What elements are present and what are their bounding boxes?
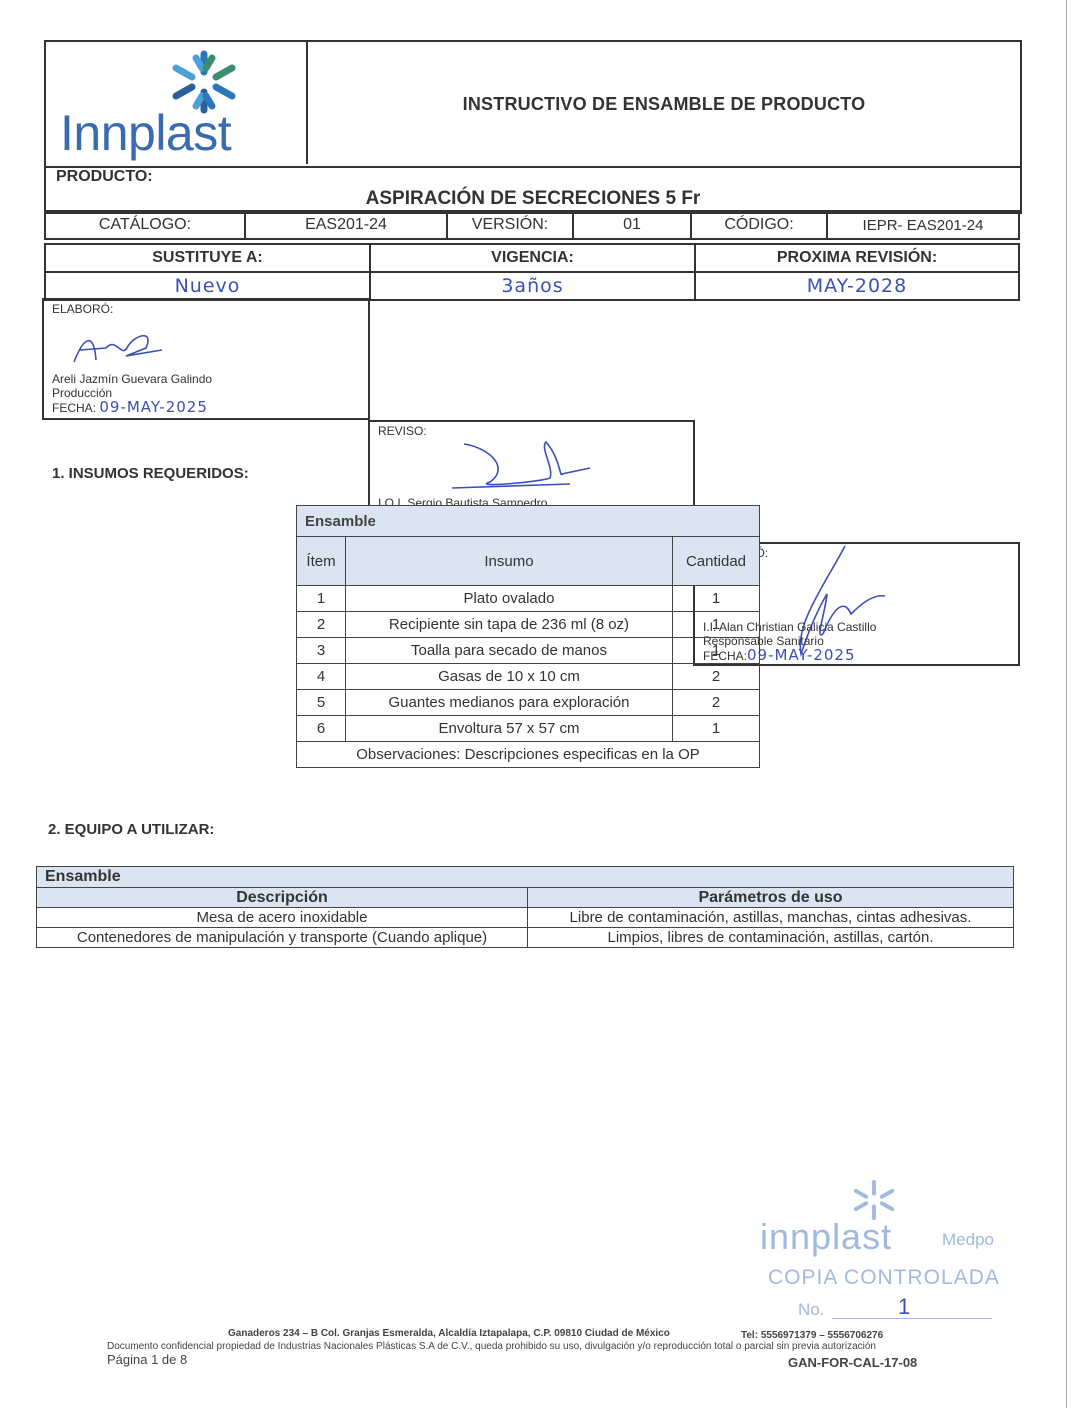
- catalog-row: CATÁLOGO: EAS201-24 VERSIÓN: 01 CÓDIGO: …: [44, 210, 1020, 240]
- replaces-label: SUSTITUYE A:: [45, 244, 370, 272]
- validity-label: VIGENCIA:: [370, 244, 695, 272]
- page-edge-line: [1066, 0, 1067, 1408]
- table-row: Contenedores de manipulación y transport…: [37, 928, 1014, 948]
- document-title: INSTRUCTIVO DE ENSAMBLE DE PRODUCTO: [306, 40, 1022, 168]
- insumo-cell: Guantes medianos para exploración: [346, 690, 673, 716]
- footer-address: Ganaderos 234 – B Col. Granjas Esmeralda…: [228, 1328, 670, 1339]
- cantidad-cell: 1: [673, 716, 760, 742]
- table-row: 4Gasas de 10 x 10 cm2: [297, 664, 760, 690]
- item-cell: 5: [297, 690, 346, 716]
- signature-scribble-icon: [450, 438, 600, 494]
- version-label: VERSIÓN:: [447, 211, 573, 239]
- table-row: 6Envoltura 57 x 57 cm1: [297, 716, 760, 742]
- table-row: Mesa de acero inoxidableLibre de contami…: [37, 908, 1014, 928]
- catalog-value: EAS201-24: [245, 211, 447, 239]
- insumo-cell: Recipiente sin tapa de 236 ml (8 oz): [346, 612, 673, 638]
- date-label: FECHA:: [52, 401, 96, 415]
- code-label: CÓDIGO:: [691, 211, 827, 239]
- section-1-title: 1. INSUMOS REQUERIDOS:: [52, 465, 249, 482]
- section-2-title: 2. EQUIPO A UTILIZAR:: [48, 821, 214, 838]
- item-cell: 1: [297, 586, 346, 612]
- revision-info: SUSTITUYE A: VIGENCIA: PROXIMA REVISIÓN:…: [44, 243, 1020, 301]
- item-cell: 6: [297, 716, 346, 742]
- observations: Observaciones: Descripciones especificas…: [297, 742, 760, 768]
- column-header-insumo: Insumo: [346, 537, 673, 586]
- signature-caption: REVISO:: [378, 424, 427, 438]
- logo-cell: Innplast: [44, 40, 308, 164]
- item-cell: 2: [297, 612, 346, 638]
- next-review-label: PROXIMA REVISIÓN:: [695, 244, 1019, 272]
- form-code: GAN-FOR-CAL-17-08: [788, 1355, 917, 1370]
- stamp-number-label: No.: [798, 1300, 824, 1320]
- product-label: PRODUCTO:: [56, 168, 153, 186]
- signature-date: 09-MAY-2025: [99, 398, 208, 416]
- cantidad-cell: 1: [673, 612, 760, 638]
- replaces-value: Nuevo: [45, 272, 370, 300]
- stamp-brand: innplast: [760, 1216, 892, 1258]
- catalog-label: CATÁLOGO:: [45, 211, 245, 239]
- column-header-descripcion: Descripción: [37, 888, 528, 908]
- logo-wordmark: Innplast: [60, 104, 231, 162]
- version-value: 01: [573, 211, 691, 239]
- column-header-cantidad: Cantidad: [673, 537, 760, 586]
- insumo-cell: Envoltura 57 x 57 cm: [346, 716, 673, 742]
- equipo-table: Ensamble Descripción Parámetros de uso M…: [36, 866, 1014, 948]
- code-value: IEPR- EAS201-24: [827, 211, 1019, 239]
- insumos-table: Ensamble Ítem Insumo Cantidad 1Plato ova…: [296, 505, 760, 768]
- descripcion-cell: Mesa de acero inoxidable: [37, 908, 528, 928]
- product-name: ASPIRACIÓN DE SECRECIONES 5 Fr: [46, 188, 1020, 210]
- insumo-cell: Plato ovalado: [346, 586, 673, 612]
- item-cell: 3: [297, 638, 346, 664]
- footer-phone: Tel: 5556971379 – 5556706276: [741, 1330, 883, 1341]
- page-number: Página 1 de 8: [107, 1352, 187, 1367]
- table-row: 1Plato ovalado1: [297, 586, 760, 612]
- column-header-item: Ítem: [297, 537, 346, 586]
- stamp-text: COPIA CONTROLADA: [768, 1266, 1000, 1290]
- insumo-cell: Gasas de 10 x 10 cm: [346, 664, 673, 690]
- stamp-number-line: [832, 1318, 992, 1319]
- stamp-sub-brand: Medpo: [942, 1230, 994, 1250]
- product-row: PRODUCTO: ASPIRACIÓN DE SECRECIONES 5 Fr: [44, 166, 1022, 214]
- table-row: 3Toalla para secado de manos1: [297, 638, 760, 664]
- cantidad-cell: 2: [673, 690, 760, 716]
- cantidad-cell: 1: [673, 586, 760, 612]
- table-caption: Ensamble: [37, 867, 1014, 888]
- cantidad-cell: 2: [673, 664, 760, 690]
- controlled-copy-stamp: innplast Medpo COPIA CONTROLADA No. 1: [760, 1178, 1030, 1328]
- stamp-number-value: 1: [898, 1294, 910, 1320]
- signature-elaboro: ELABORÓ: Areli Jazmín Guevara Galindo Pr…: [42, 298, 370, 420]
- descripcion-cell: Contenedores de manipulación y transport…: [37, 928, 528, 948]
- signature-caption: ELABORÓ:: [52, 302, 113, 316]
- footer-confidential: Documento confidencial propiedad de Indu…: [107, 1341, 876, 1352]
- item-cell: 4: [297, 664, 346, 690]
- parametros-cell: Libre de contaminación, astillas, mancha…: [528, 908, 1014, 928]
- column-header-parametros: Parámetros de uso: [528, 888, 1014, 908]
- validity-value: 3años: [370, 272, 695, 300]
- signature-scribble-icon: [66, 326, 176, 370]
- table-row: 5Guantes medianos para exploración2: [297, 690, 760, 716]
- parametros-cell: Limpios, libres de contaminación, astill…: [528, 928, 1014, 948]
- table-caption: Ensamble: [297, 506, 760, 537]
- signature-date: 09-MAY-2025: [747, 646, 856, 664]
- signer-name: Areli Jazmín Guevara Galindo: [52, 372, 212, 386]
- table-row: 2Recipiente sin tapa de 236 ml (8 oz)1: [297, 612, 760, 638]
- cantidad-cell: 1: [673, 638, 760, 664]
- insumo-cell: Toalla para secado de manos: [346, 638, 673, 664]
- next-review-value: MAY-2028: [695, 272, 1019, 300]
